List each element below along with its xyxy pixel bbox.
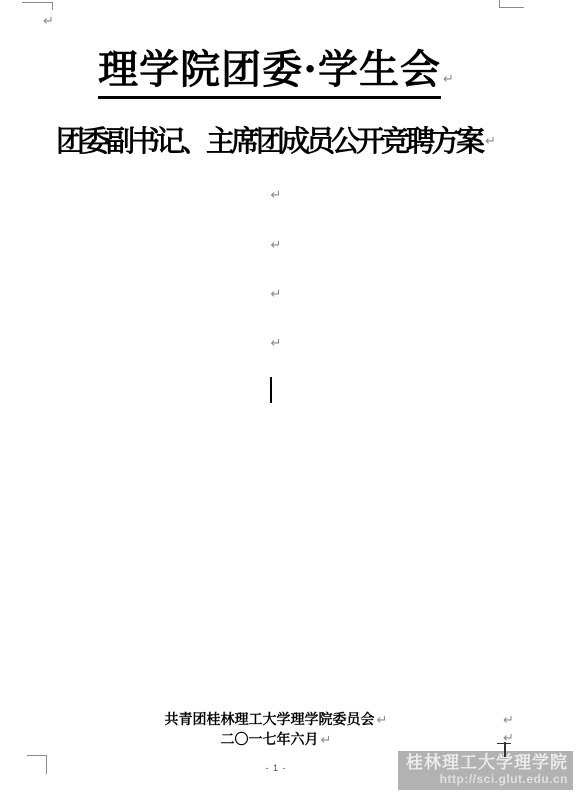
empty-paragraph[interactable]: ↵ — [53, 288, 499, 302]
paragraph-mark-icon: ↵ — [377, 713, 388, 728]
document-title-line[interactable]: 理学院团委·学生会↵ — [53, 47, 499, 99]
document-title[interactable]: 理学院团委·学生会 — [98, 47, 441, 99]
text-boundary-mark-bottom-left-h — [27, 755, 47, 756]
watermark-url: http://sci.glut.edu.cn — [398, 772, 568, 786]
footer-date[interactable]: 二〇一七年六月 — [221, 731, 319, 747]
paragraph-mark-icon: ↵ — [503, 714, 514, 728]
footer-date-line[interactable]: 二〇一七年六月↵ — [53, 731, 499, 748]
watermark-school-name: 桂林理工大学理学院 — [398, 753, 568, 772]
footer-organization[interactable]: 共青团桂林理工大学理学院委员会 — [165, 711, 375, 727]
empty-paragraph[interactable]: ↵ — [53, 189, 499, 203]
text-boundary-mark-top-right-h — [499, 7, 524, 8]
word-document-page: ↵ ↵ ↵ 理学院团委·学生会↵ 团委副书记、主席团成员公开竞聘方案↵ ↵ ↵ … — [0, 0, 577, 795]
document-subtitle[interactable]: 团委副书记、主席团成员公开竞聘方案 — [56, 126, 481, 158]
paragraph-mark-icon: ↵ — [271, 287, 282, 302]
paragraph-mark-icon: ↵ — [271, 336, 282, 351]
text-boundary-mark-bottom-right-v — [504, 742, 506, 757]
paragraph-mark-icon: ↵ — [443, 72, 454, 87]
paragraph-mark-icon: ↵ — [271, 238, 282, 253]
document-subtitle-line[interactable]: 团委副书记、主席团成员公开竞聘方案↵ — [53, 126, 499, 158]
empty-paragraph[interactable]: ↵ — [53, 239, 499, 253]
text-boundary-mark-top-left-h — [22, 2, 53, 3]
text-boundary-mark-bottom-right-h — [497, 743, 511, 744]
empty-paragraph[interactable]: ↵ — [53, 337, 499, 351]
text-cursor[interactable] — [270, 377, 272, 403]
footer-organization-line[interactable]: 共青团桂林理工大学理学院委员会↵ — [53, 711, 499, 728]
site-watermark: 桂林理工大学理学院 http://sci.glut.edu.cn — [398, 751, 573, 790]
text-boundary-mark-top-left-v — [52, 2, 53, 10]
paragraph-mark-icon: ↵ — [271, 188, 282, 203]
paragraph-mark-icon: ↵ — [321, 733, 332, 748]
paragraph-mark-icon: ↵ — [43, 15, 54, 29]
paragraph-mark-icon: ↵ — [485, 134, 496, 149]
text-boundary-mark-bottom-left-v — [46, 755, 47, 774]
